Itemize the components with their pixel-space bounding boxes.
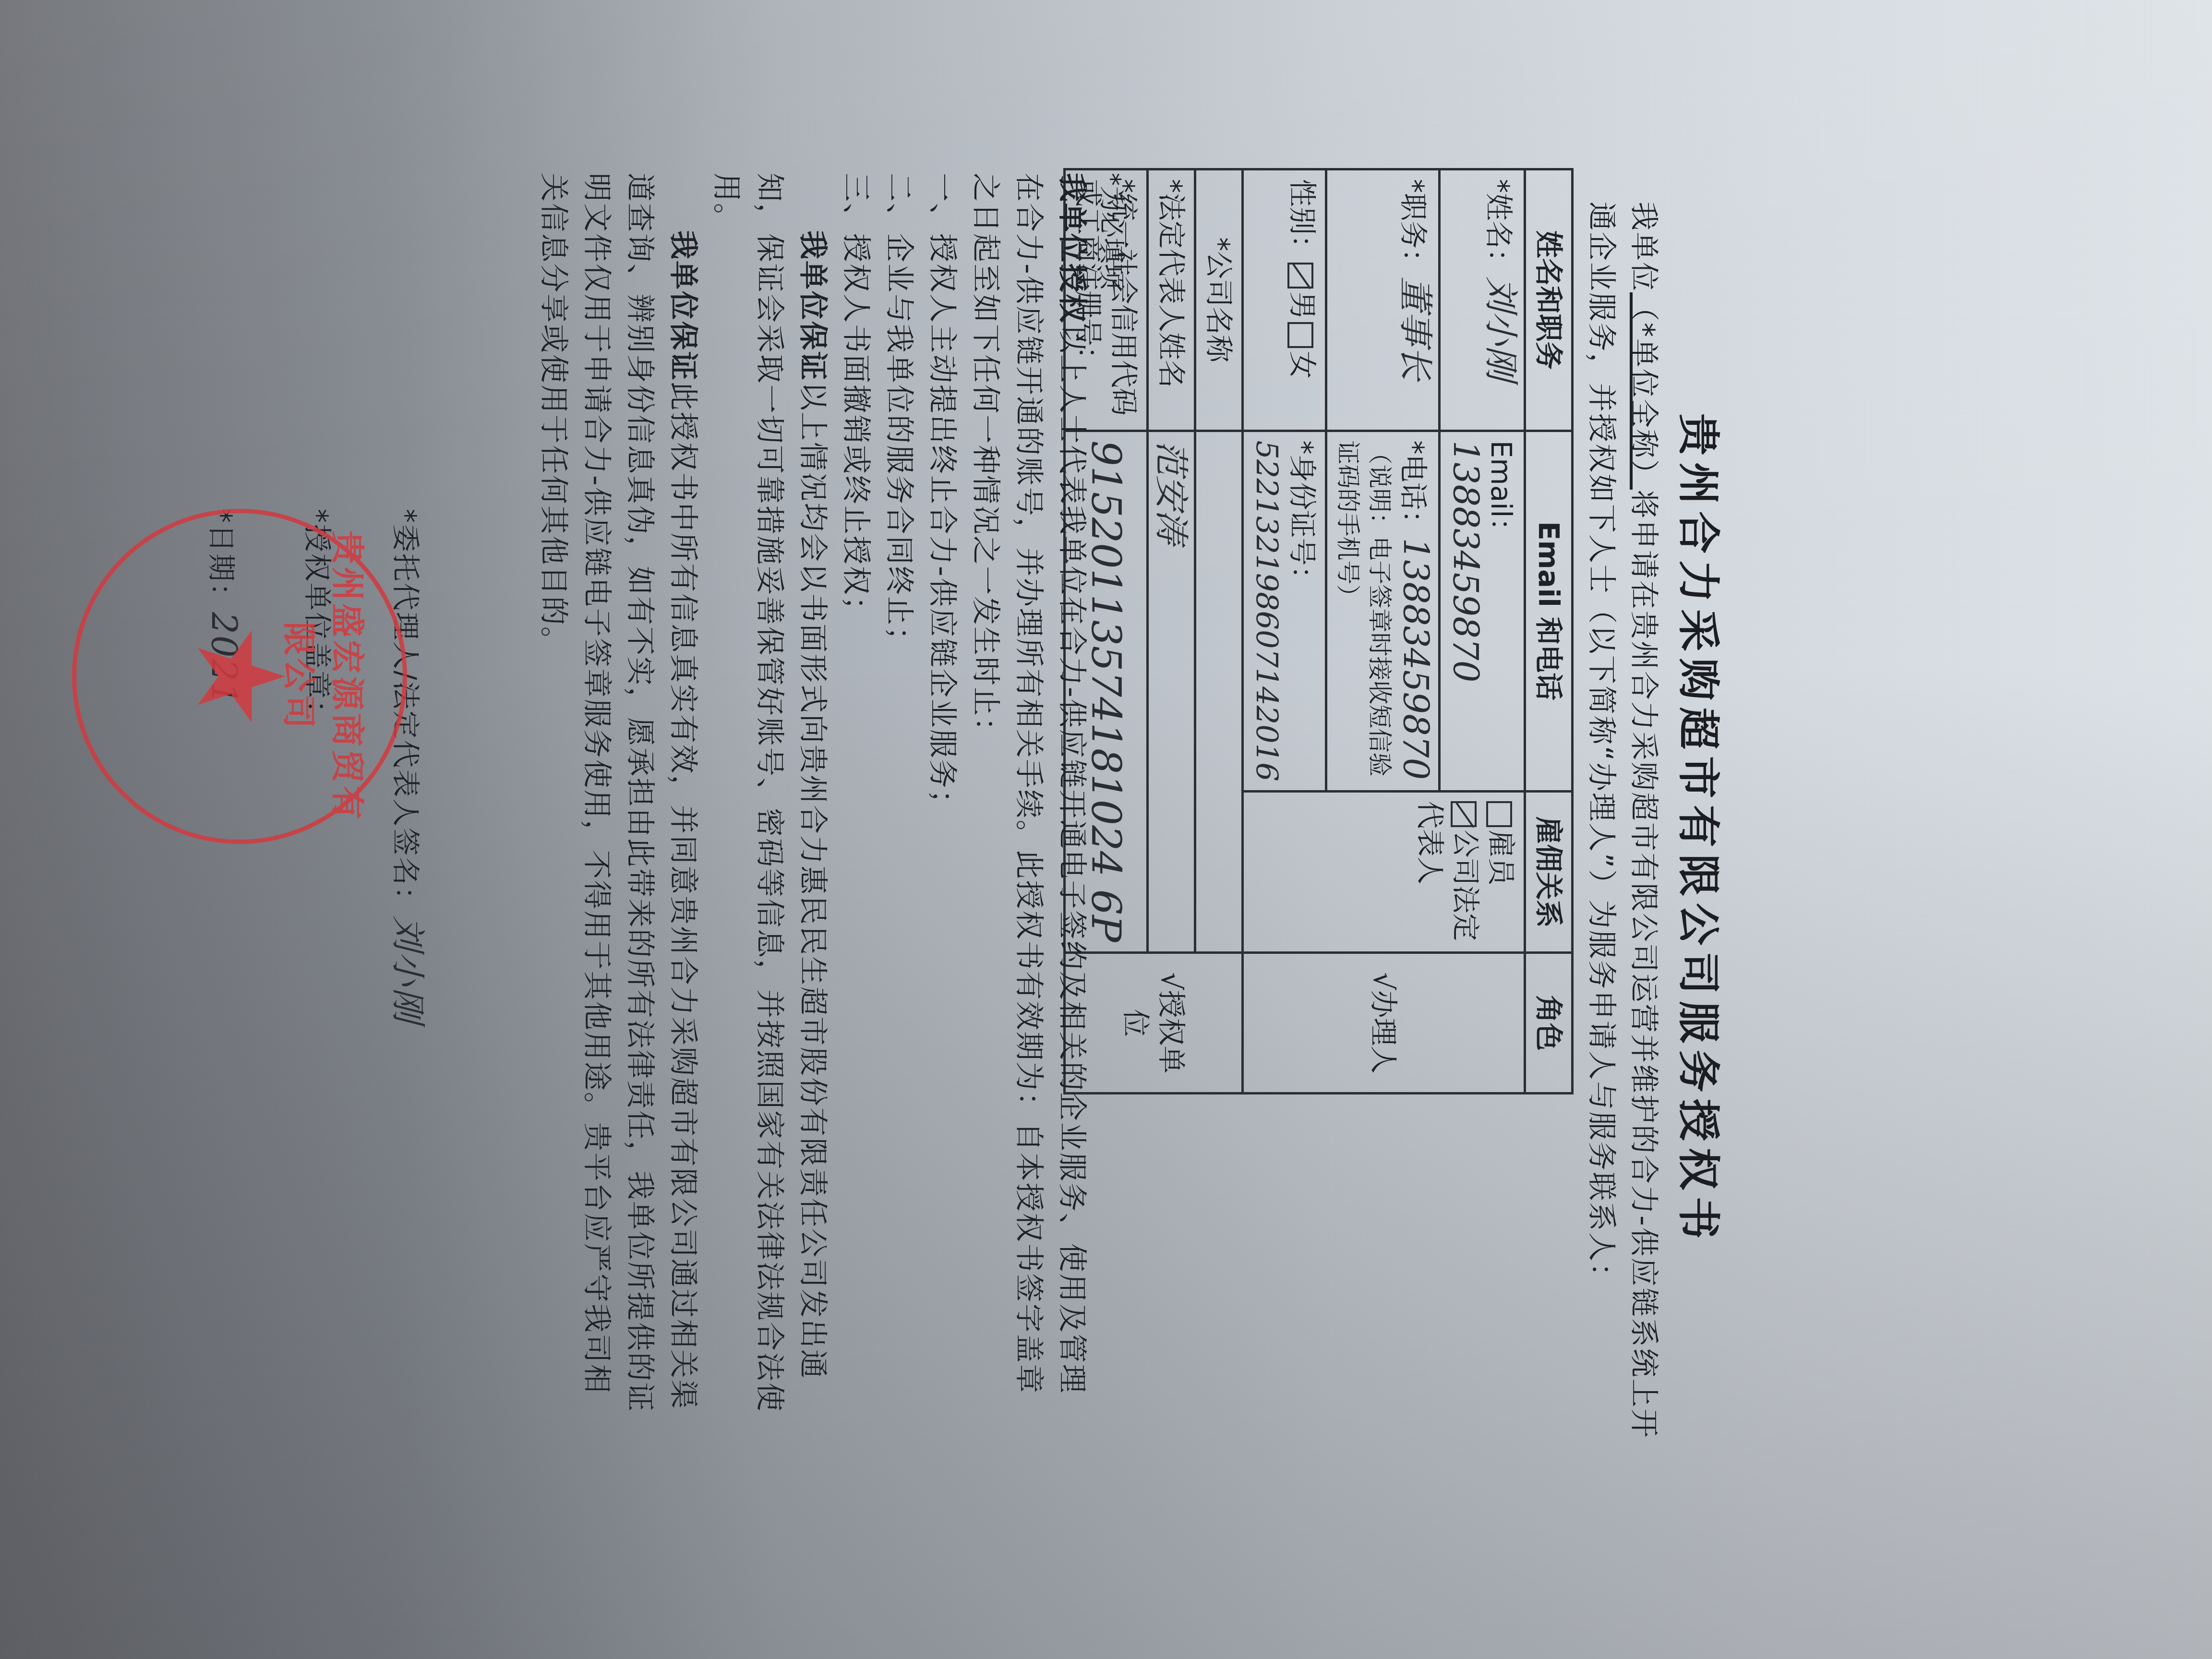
- employment-option-legal-rep[interactable]: 公司法定代表人: [1412, 801, 1483, 943]
- terms-item: 二、企业与我单位的服务合同终止；: [878, 173, 921, 1421]
- legal-rep-field[interactable]: 范安涛: [1148, 431, 1195, 953]
- agent-title-cell: *职务：董事长: [1326, 169, 1440, 431]
- title-field[interactable]: 董事长: [1395, 276, 1436, 380]
- agent-id-cell: *身份证号：522132198607142016: [1243, 431, 1326, 791]
- name-label: *姓名：: [1482, 179, 1515, 276]
- employment-option-employee[interactable]: 雇员: [1483, 801, 1519, 943]
- star-icon: ★: [180, 623, 300, 730]
- authorization-table: 姓名和职务 Email 和电话 雇佣关系 角色 *姓名：刘小刚 Email：13…: [1063, 168, 1574, 1094]
- table-row: *公司名称 √授权单位: [1195, 169, 1243, 1094]
- table-row: *姓名：刘小刚 Email：13883459870 雇员 公司法定代表人 √办理…: [1440, 169, 1525, 1094]
- terms-item: 一、授权人主动提出终止合力-供应链企业服务；: [921, 173, 964, 1421]
- employment-cell: 雇员 公司法定代表人: [1243, 791, 1525, 953]
- checkbox-icon[interactable]: [1287, 322, 1313, 348]
- phone-field[interactable]: 13883459870: [1395, 538, 1436, 780]
- unit-name-field[interactable]: （*单位全称）: [1627, 292, 1660, 490]
- gender-male-label: 男: [1286, 291, 1319, 319]
- email-field[interactable]: 13883459870: [1445, 441, 1486, 683]
- agent-signature-line: *委托代理人/法定代表人签名：刘小刚: [386, 509, 436, 1024]
- table-header-row: 姓名和职务 Email 和电话 雇佣关系 角色: [1525, 169, 1573, 1094]
- company-name-label: *公司名称: [1195, 169, 1243, 431]
- company-seal: 贵州盛宏源商贸有限公司 ★: [72, 509, 407, 844]
- terms-body: 我单位授权以上人士代表我单位在合力-供应链开通电子签约及相关的企业服务、使用及管…: [532, 173, 1094, 1421]
- id-number-field[interactable]: 522132198607142016: [1250, 441, 1285, 781]
- agent-phone-cell: *电话：13883459870 （说明：电子签章时接收短信验证码的手机号）: [1326, 431, 1440, 791]
- terms-paragraph: 我单位保证此授权书中所有信息真实有效，并同意贵州合力采购超市有限公司通过相关渠道…: [532, 173, 705, 1421]
- gender-label: 性别：: [1286, 179, 1319, 263]
- intro-text: 我单位: [1627, 202, 1660, 292]
- terms-item: 三、授权人书面撤销或终止授权；: [834, 173, 878, 1421]
- document-title: 贵州合力采购超市有限公司服务授权书: [1671, 0, 1732, 1659]
- checkbox-icon[interactable]: [1486, 801, 1512, 827]
- checkbox-checked-icon[interactable]: [1451, 801, 1477, 827]
- paragraph-lead: 我单位保证: [796, 230, 829, 382]
- agent-email-cell: Email：13883459870: [1440, 431, 1525, 791]
- paragraph-lead: 我单位保证: [666, 230, 700, 382]
- header-employment: 雇佣关系: [1525, 791, 1573, 953]
- company-name-field[interactable]: [1195, 431, 1243, 953]
- agent-name-cell: *姓名：刘小刚: [1440, 169, 1525, 431]
- document-page: 贵州合力采购超市有限公司服务授权书 我单位（*单位全称）将申请在贵州合力采购超市…: [0, 0, 2212, 1659]
- agent-gender-cell: 性别：男女: [1243, 169, 1326, 431]
- legal-rep-label: *法定代表人姓名: [1148, 169, 1195, 431]
- terms-paragraph: 我单位授权以上人士代表我单位在合力-供应链开通电子签约及相关的企业服务、使用及管…: [964, 173, 1094, 1421]
- id-label: *身份证号：: [1286, 441, 1319, 594]
- title-label: *职务：: [1397, 179, 1430, 276]
- option-label: 雇员: [1485, 830, 1517, 886]
- gender-female-label: 女: [1286, 351, 1319, 379]
- name-field[interactable]: 刘小刚: [1481, 276, 1521, 380]
- paragraph-text: 以上人士代表我单位在合力-供应链开通电子签约及相关的企业服务、使用及管理在合力-…: [969, 173, 1089, 1395]
- paragraph-lead: 我单位授权: [1055, 173, 1089, 324]
- header-name-title: 姓名和职务: [1525, 169, 1573, 431]
- phone-label: *电话：: [1397, 441, 1430, 538]
- intro-paragraph: 我单位（*单位全称）将申请在贵州合力采购超市有限公司运营并维护的合力-供应链系统…: [1580, 202, 1665, 1450]
- agent-signature-field[interactable]: 刘小刚: [388, 916, 428, 1024]
- email-label: Email：: [1485, 441, 1517, 546]
- header-role: 角色: [1525, 953, 1573, 1094]
- phone-note: （说明：电子签章时接收短信验证码的手机号）: [1332, 441, 1395, 781]
- checkbox-checked-icon[interactable]: [1287, 263, 1313, 289]
- terms-paragraph: 我单位保证以上情况均会以书面形式向贵州合力惠民民生超市股份有限责任公司发出通知，…: [705, 173, 834, 1421]
- required-note: *为必填项: [1095, 173, 1132, 289]
- agent-role-cell: √办理人: [1243, 953, 1525, 1094]
- header-email-phone: Email 和电话: [1525, 431, 1573, 791]
